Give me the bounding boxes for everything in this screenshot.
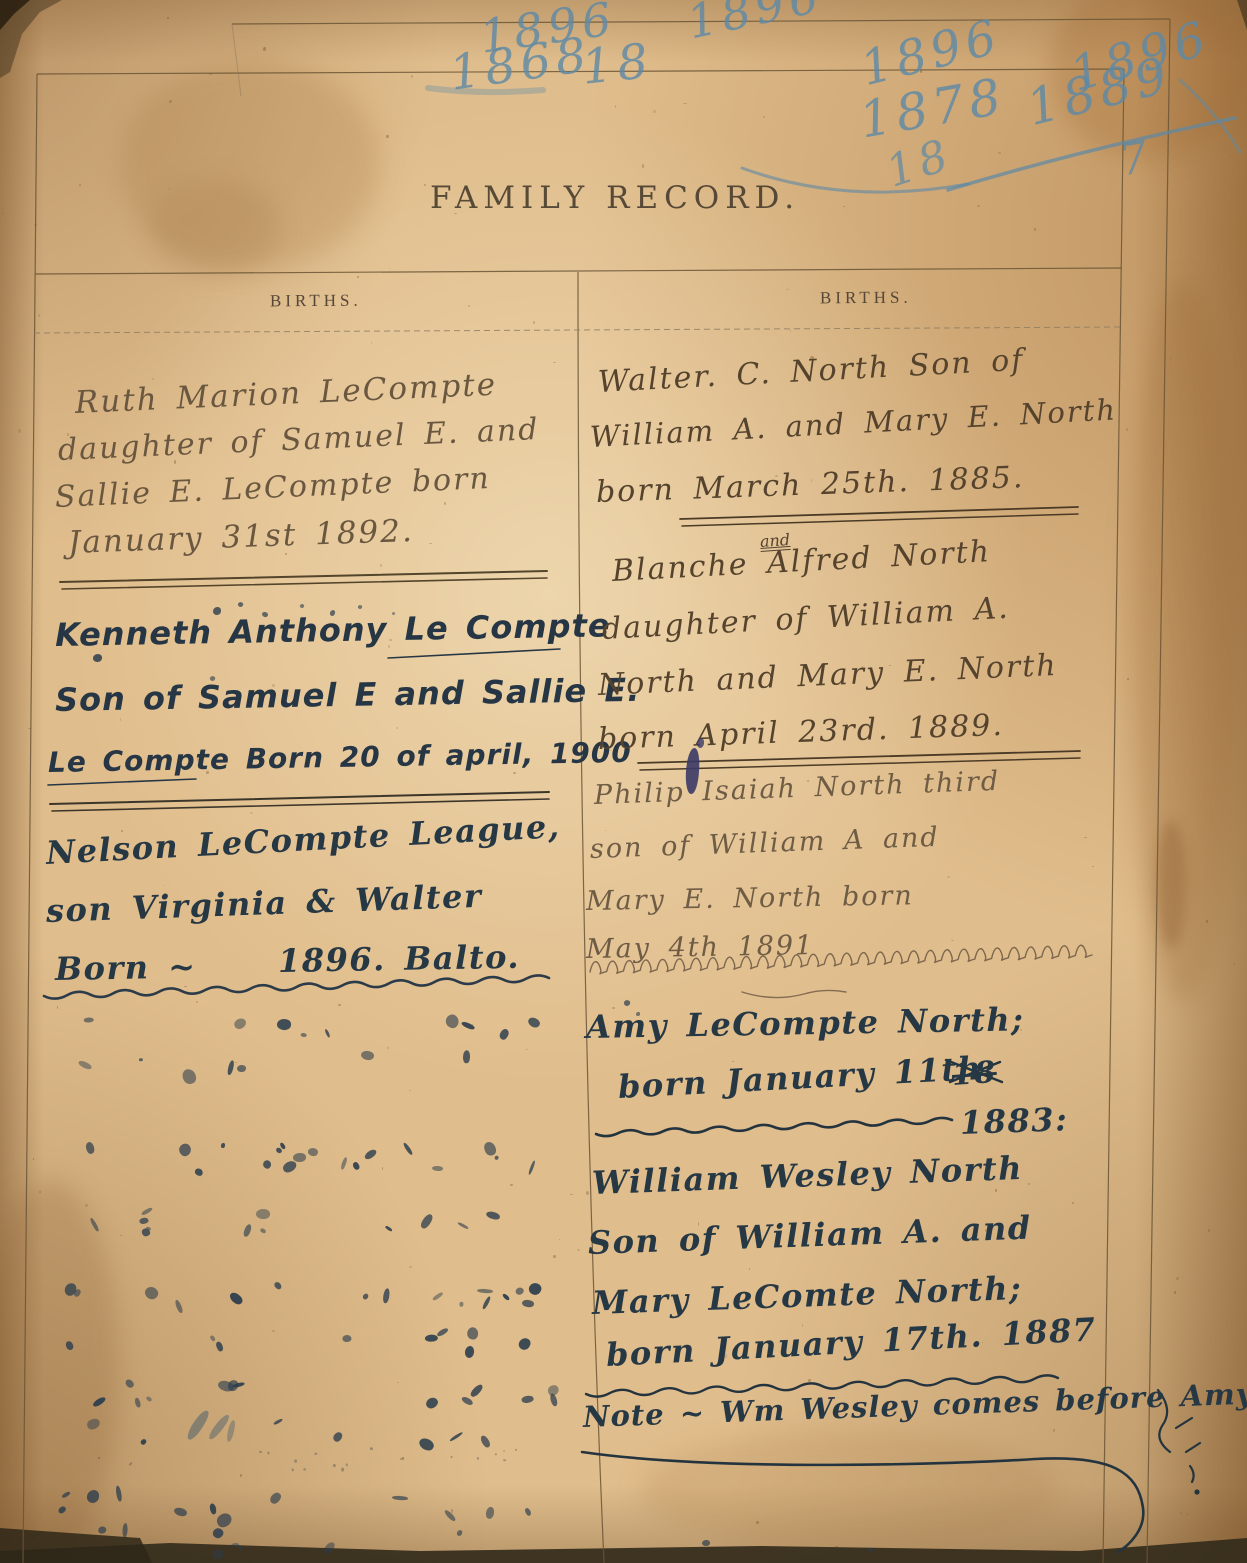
ink-blot — [267, 1451, 269, 1454]
ink-blot — [272, 684, 275, 687]
ink-blot — [952, 1336, 954, 1339]
ink-blot — [1072, 1202, 1074, 1204]
ink-blot — [389, 639, 392, 641]
births-header-left: BIRTHS. — [270, 291, 362, 312]
crease — [232, 24, 241, 96]
entry-line: May 4th 1891 — [586, 930, 815, 965]
ink-blot — [389, 268, 391, 270]
inserted-word: and — [759, 530, 790, 551]
ink-blot — [444, 502, 446, 505]
ink-blot — [400, 1458, 403, 1460]
births-header-right: BIRTHS. — [820, 288, 912, 309]
ink-blot — [459, 207, 460, 209]
ink-blot — [1127, 678, 1130, 680]
ink-blot — [1170, 358, 1172, 361]
torn-corner — [1237, 0, 1247, 30]
ink-blot — [889, 665, 891, 667]
ink-blot — [526, 1049, 528, 1051]
ink-blot — [756, 1521, 759, 1524]
ink-blot — [38, 314, 40, 317]
ink-blot — [1084, 837, 1087, 839]
ink-blot — [786, 289, 789, 291]
ink-blot — [338, 1004, 341, 1006]
ink-blot — [763, 116, 765, 118]
ink-blot — [79, 184, 81, 186]
entry-line: Amy LeCompte North; — [586, 1000, 1025, 1046]
entry-line: 1896. Balto. — [278, 938, 521, 980]
ink-blot — [388, 645, 390, 648]
ink-blot — [799, 936, 802, 939]
ink-blot — [503, 1450, 506, 1452]
struck-text: 18 — [951, 1055, 998, 1093]
ink-blot — [1034, 228, 1036, 231]
ink-blot — [380, 564, 383, 567]
page-bottom-edge — [0, 1538, 1247, 1563]
family-record-page: FAMILY RECORD. BIRTHS. BIRTHS. 1896 1896… — [0, 0, 1247, 1563]
ink-blot — [672, 1175, 675, 1176]
ink-blot — [28, 728, 31, 730]
ink-blot — [332, 377, 333, 380]
ink-blot — [237, 1065, 246, 1072]
ink-blot — [169, 100, 172, 103]
ink-blot — [357, 276, 359, 278]
page-title: FAMILY RECORD. — [430, 180, 800, 216]
entry-line: Mary E. North born — [586, 880, 914, 917]
ink-blot — [429, 543, 432, 544]
ink-blot — [341, 1467, 344, 1471]
ink-blot — [221, 1143, 225, 1148]
ink-blot — [683, 103, 686, 105]
ink-blot — [642, 164, 644, 167]
ink-blot — [1206, 920, 1208, 923]
ink-blot — [301, 1033, 307, 1037]
ink-blot — [808, 1379, 811, 1382]
ink-blot — [1180, 1512, 1182, 1514]
ink-blot — [920, 70, 922, 73]
pencil-year-mark: 18 — [579, 33, 656, 96]
ink-blot — [209, 73, 212, 75]
ink-blot — [197, 758, 200, 760]
ink-blot — [371, 342, 373, 344]
ink-blot — [605, 830, 607, 832]
entry-line: Born ~ — [55, 948, 197, 988]
ink-blot — [1126, 428, 1128, 431]
ink-blot — [84, 1018, 94, 1023]
entry-line: 1883: — [959, 1100, 1069, 1142]
ink-blot — [411, 75, 414, 78]
ink-blot — [1020, 1029, 1022, 1030]
ink-blot — [577, 1249, 580, 1251]
